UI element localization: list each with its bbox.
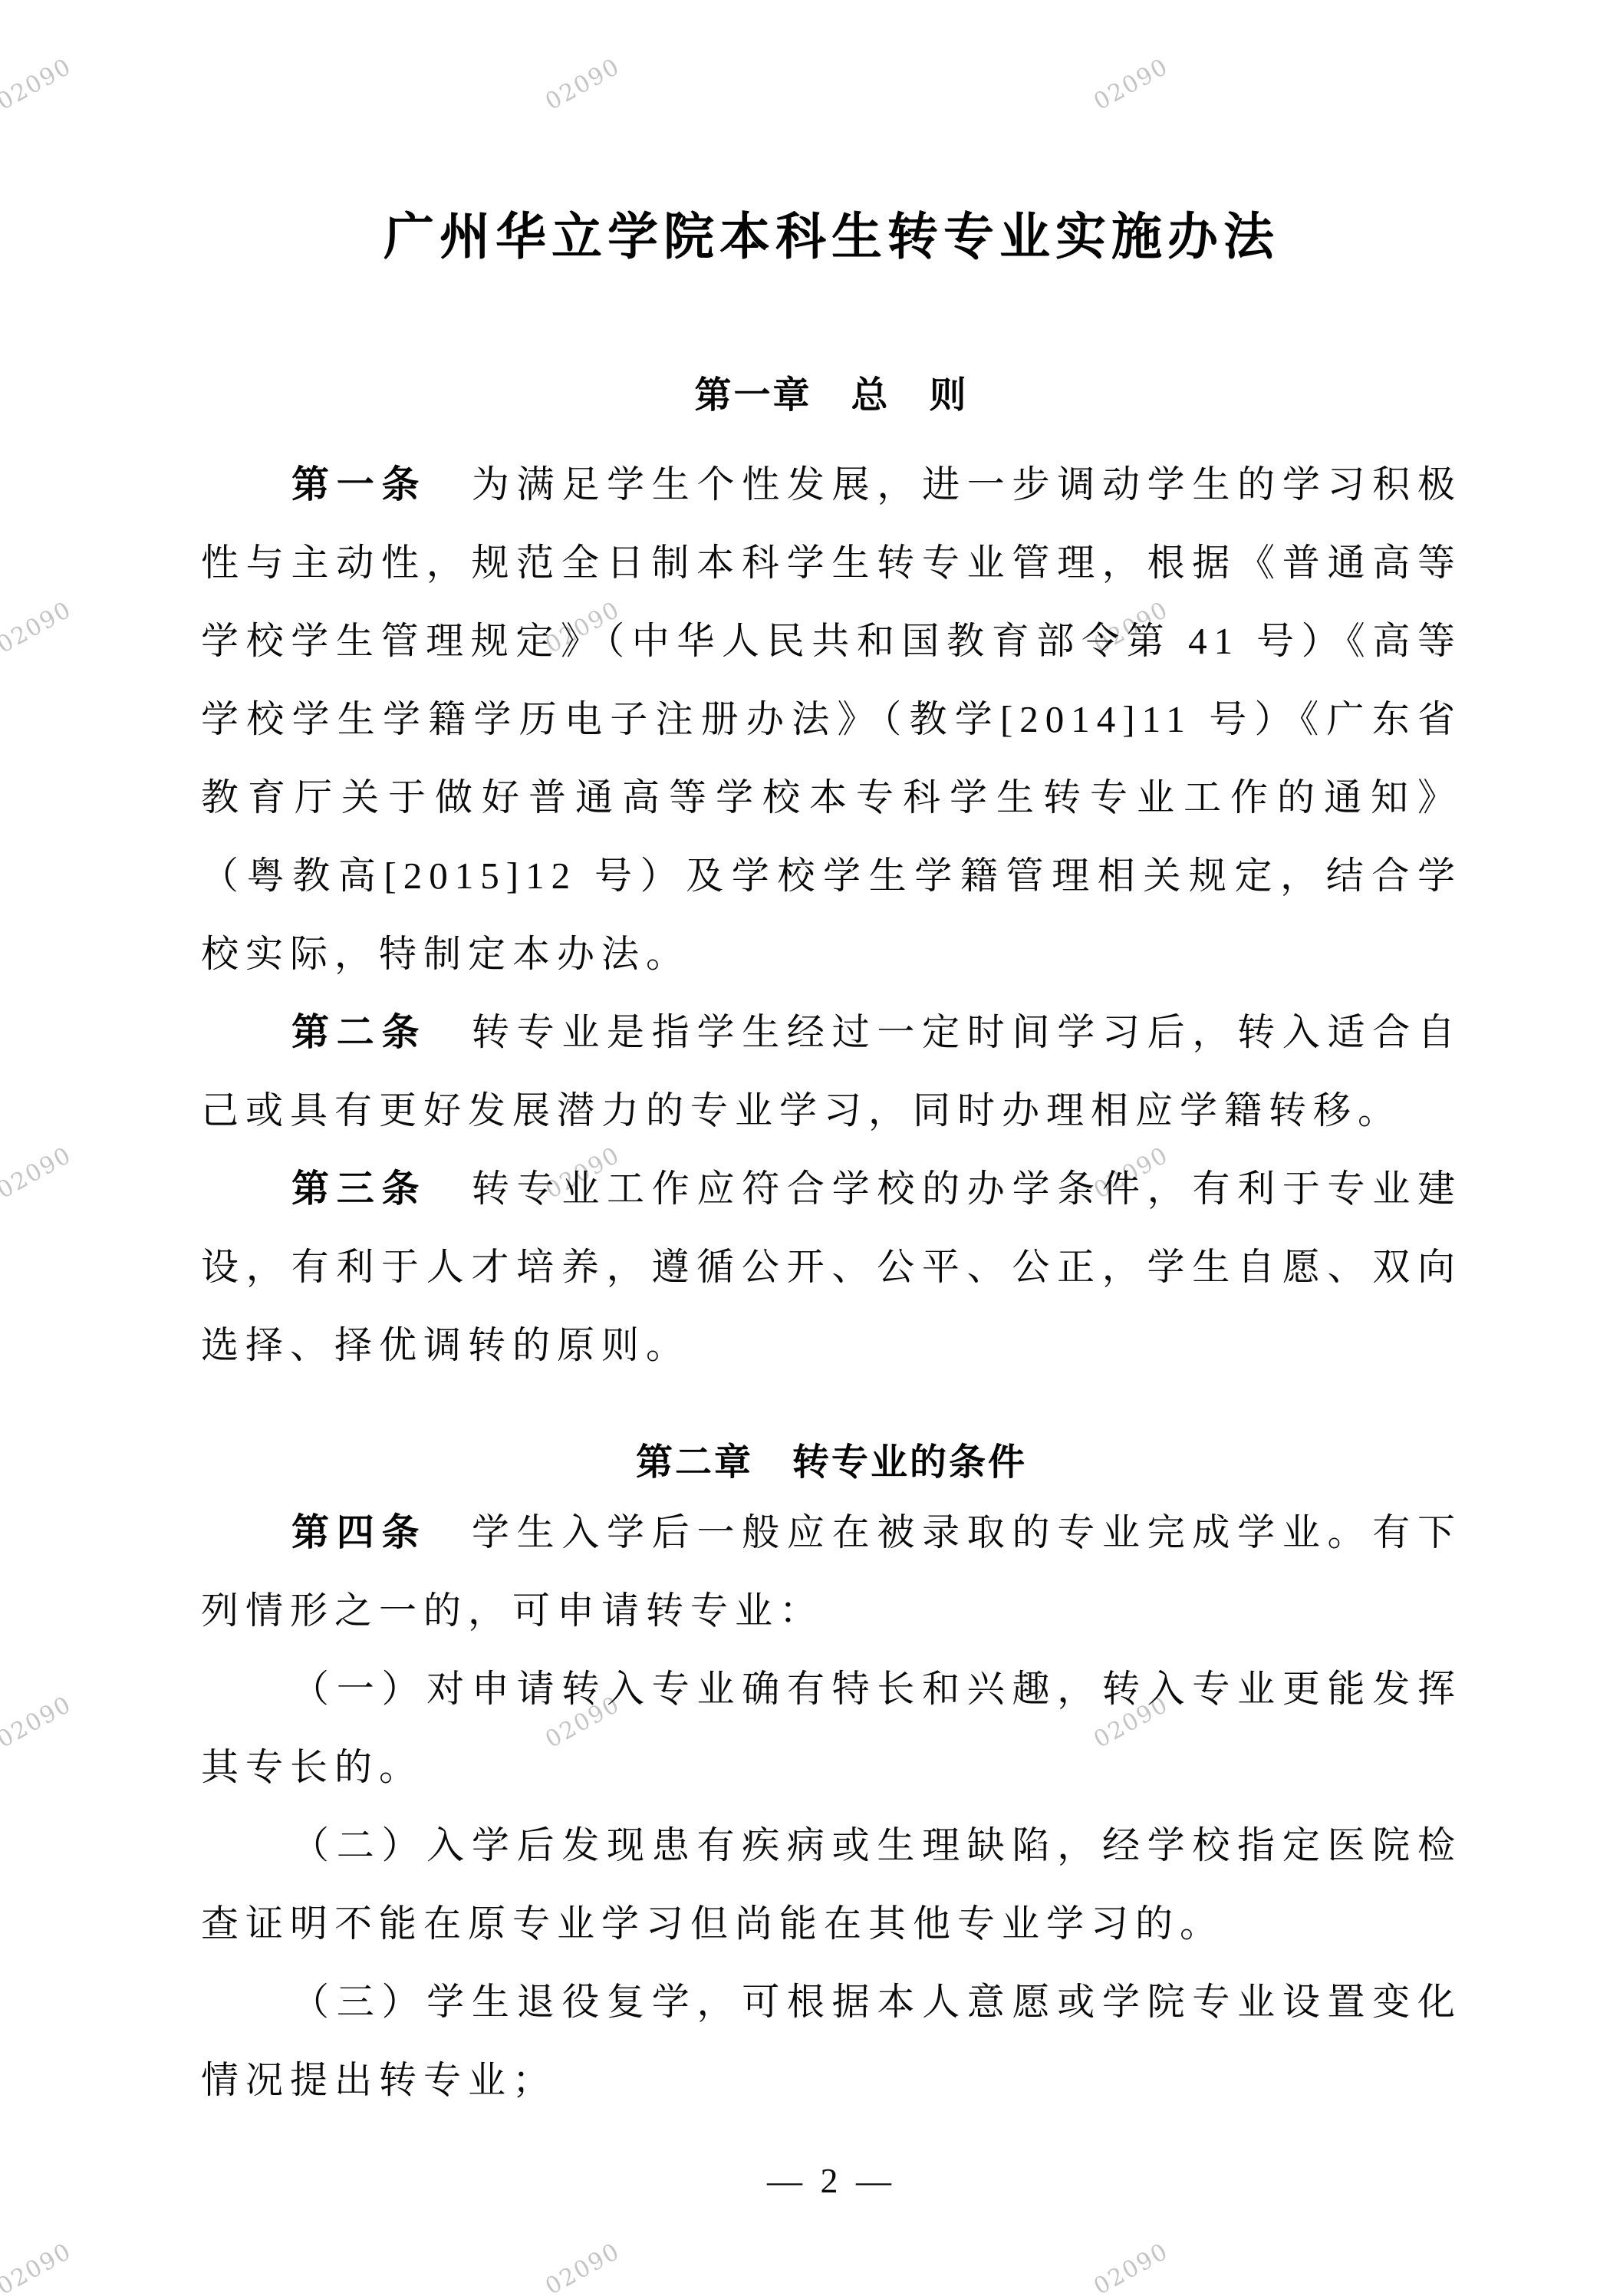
watermark: 02090 — [0, 1141, 77, 1204]
article-1-text: 为满足学生个性发展，进一步调动学生的学习积极性与主动性，规范全日制本科学生转专业… — [201, 463, 1462, 975]
watermark: 02090 — [1089, 2238, 1173, 2296]
article-2-paragraph: 第二条 转专业是指学生经过一定时间学习后，转入适合自己或具有更好发展潜力的专业学… — [201, 993, 1462, 1150]
item-2-paragraph: （二）入学后发现患有疾病或生理缺陷，经学校指定医院检查证明不能在原专业学习但尚能… — [201, 1807, 1462, 1963]
article-3-number: 第三条 — [291, 1168, 426, 1210]
chapter-2-heading: 第二章 转专业的条件 — [201, 1439, 1462, 1487]
item-3-text: （三）学生退役复学，可根据本人意愿或学院专业设置变化情况提出转专业； — [201, 1981, 1462, 2101]
item-1-text: （一）对申请转入专业确有特长和兴趣，转入专业更能发挥其专长的。 — [201, 1668, 1462, 1788]
item-2-text: （二）入学后发现患有疾病或生理缺陷，经学校指定医院检查证明不能在原专业学习但尚能… — [201, 1824, 1462, 1945]
watermark: 02090 — [0, 53, 77, 116]
article-4-number: 第四条 — [291, 1511, 426, 1553]
chapter-1-heading: 第一章 总 则 — [201, 372, 1462, 420]
document-title: 广州华立学院本科生转专业实施办法 — [201, 204, 1462, 272]
article-1-number: 第一条 — [291, 463, 426, 506]
article-2-number: 第二条 — [291, 1011, 426, 1053]
watermark: 02090 — [541, 2238, 624, 2296]
document-content: 广州华立学院本科生转专业实施办法 第一章 总 则 第一条 为满足学生个性发展，进… — [201, 0, 1462, 2196]
item-1-paragraph: （一）对申请转入专业确有特长和兴趣，转入专业更能发挥其专长的。 — [201, 1650, 1462, 1807]
article-1-paragraph: 第一条 为满足学生个性发展，进一步调动学生的学习积极性与主动性，规范全日制本科学… — [201, 446, 1462, 993]
article-4-paragraph: 第四条 学生入学后一般应在被录取的专业完成学业。有下列情形之一的，可申请转专业： — [201, 1494, 1462, 1650]
item-3-paragraph: （三）学生退役复学，可根据本人意愿或学院专业设置变化情况提出转专业； — [201, 1963, 1462, 2120]
page-number: — 2 — — [201, 2166, 1462, 2196]
document-page: 02090 02090 02090 02090 02090 02090 0209… — [0, 0, 1623, 2296]
watermark: 02090 — [0, 2238, 77, 2296]
watermark: 02090 — [0, 1691, 77, 1754]
article-3-paragraph: 第三条 转专业工作应符合学校的办学条件，有利于专业建设，有利于人才培养，遵循公开… — [201, 1150, 1462, 1385]
watermark: 02090 — [0, 596, 77, 659]
